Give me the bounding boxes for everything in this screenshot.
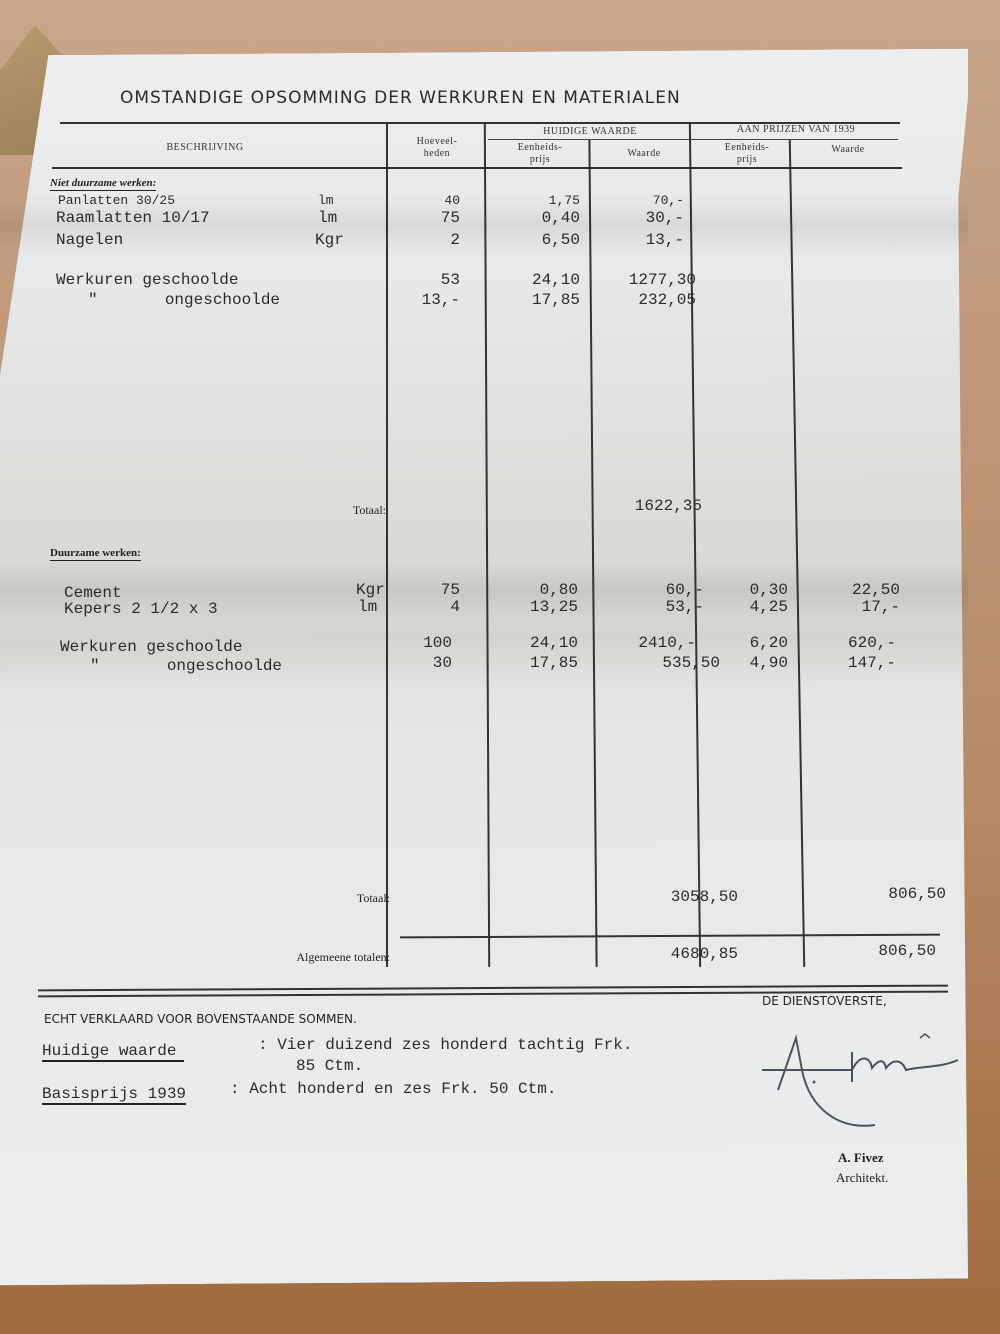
section-title-niet-duurzaam: Niet duurzame werken: bbox=[50, 177, 156, 191]
grand-total-1939: 806,50 bbox=[800, 942, 936, 960]
row-unit-price: 24,10 bbox=[490, 271, 580, 289]
row-price-1939: 4,90 bbox=[700, 654, 788, 672]
row-value: 30,- bbox=[596, 209, 684, 227]
header-waarde: Waarde bbox=[594, 148, 694, 160]
row-description: " ongeschoolde bbox=[90, 657, 282, 675]
signature-icon bbox=[760, 1030, 980, 1140]
page-title: OMSTANDIGE OPSOMMING DER WERKUREN EN MAT… bbox=[120, 88, 681, 108]
section-total-1939: 806,50 bbox=[800, 885, 946, 903]
row-qty: 100 bbox=[390, 634, 452, 652]
row-qty: 40 bbox=[390, 193, 460, 208]
row-unit-price: 1,75 bbox=[490, 193, 580, 208]
row-unit-price: 17,85 bbox=[490, 654, 578, 672]
certification-statement: ECHT VERKLAARD VOOR BOVENSTAANDE SOMMEN. bbox=[44, 1012, 357, 1026]
header-eenheidsprijs: Eenheids- prijs bbox=[490, 142, 590, 166]
signer-role: Architekt. bbox=[836, 1170, 888, 1186]
row-unit-price: 17,85 bbox=[490, 291, 580, 309]
row-value-1939: 22,50 bbox=[800, 581, 900, 599]
row-unit-price: 24,10 bbox=[490, 634, 578, 652]
current-value-text-cont: 85 Ctm. bbox=[296, 1057, 363, 1075]
header-eenheidsprijs-1939: Eenheids- prijs bbox=[698, 142, 796, 166]
row-unit: lm bbox=[318, 193, 334, 208]
header-waarde-1939: Waarde bbox=[798, 144, 898, 156]
row-value: 2410,- bbox=[596, 634, 696, 652]
header-beschrijving: BESCHRIJVING bbox=[120, 142, 290, 154]
grand-total-label: Algemeene totalen: bbox=[220, 950, 390, 965]
current-value-label: Huidige waarde bbox=[42, 1042, 184, 1062]
row-description: Panlatten 30/25 bbox=[58, 193, 175, 208]
row-qty: 2 bbox=[390, 231, 460, 249]
row-description: Kepers 2 1/2 x 3 bbox=[64, 600, 218, 618]
row-qty: 53 bbox=[390, 271, 460, 289]
row-description: Raamlatten 10/17 bbox=[56, 209, 210, 227]
row-qty: 75 bbox=[390, 209, 460, 227]
header-aan-prijzen-1939: AAN PRIJZEN VAN 1939 bbox=[696, 124, 896, 136]
row-price-1939: 6,20 bbox=[700, 634, 788, 652]
row-value: 60,- bbox=[596, 581, 704, 599]
section-total-value: 1622,35 bbox=[596, 497, 702, 515]
row-value-1939: 620,- bbox=[800, 634, 896, 652]
row-description: Werkuren geschoolde bbox=[56, 271, 238, 289]
row-value: 13,- bbox=[596, 231, 684, 249]
row-unit-price: 13,25 bbox=[490, 598, 578, 616]
grand-total-value: 4680,85 bbox=[596, 945, 738, 963]
base-price-label: Basisprijs 1939 bbox=[42, 1085, 186, 1105]
row-unit-price: 0,40 bbox=[490, 209, 580, 227]
header-huidige-waarde: HUIDIGE WAARDE bbox=[490, 126, 690, 138]
row-value: 1277,30 bbox=[596, 271, 696, 289]
column-rule-qty bbox=[386, 124, 388, 967]
row-description: Werkuren geschoolde bbox=[60, 638, 242, 656]
row-unit: Kgr bbox=[356, 581, 385, 599]
base-price-text: : Acht honderd en zes Frk. 50 Ctm. bbox=[230, 1080, 556, 1098]
section-total-label: Totaal: bbox=[290, 891, 390, 906]
row-value: 232,05 bbox=[596, 291, 696, 309]
row-value-1939: 17,- bbox=[800, 598, 900, 616]
row-qty: 4 bbox=[390, 598, 460, 616]
row-value-1939: 147,- bbox=[800, 654, 896, 672]
row-description: " ongeschoolde bbox=[88, 291, 280, 309]
row-qty: 13,- bbox=[390, 291, 460, 309]
signatory-title: DE DIENSTOVERSTE, bbox=[762, 994, 887, 1008]
row-value: 70,- bbox=[596, 193, 684, 208]
current-value-text: : Vier duizend zes honderd tachtig Frk. bbox=[258, 1036, 632, 1054]
row-unit-price: 0,80 bbox=[490, 581, 578, 599]
row-description: Nagelen bbox=[56, 231, 123, 249]
header-group-rule bbox=[488, 139, 898, 140]
row-price-1939: 4,25 bbox=[700, 598, 788, 616]
section-title-duurzaam: Duurzame werken: bbox=[50, 547, 141, 561]
row-value: 53,- bbox=[596, 598, 704, 616]
row-unit: lm bbox=[318, 209, 337, 227]
row-unit: Kgr bbox=[315, 231, 344, 249]
row-price-1939: 0,30 bbox=[700, 581, 788, 599]
header-hoeveelheden: Hoeveel- heden bbox=[390, 136, 484, 160]
row-qty: 30 bbox=[390, 654, 452, 672]
header-bottom-rule bbox=[52, 167, 902, 169]
signer-name: A. Fivez bbox=[838, 1150, 883, 1166]
row-unit-price: 6,50 bbox=[490, 231, 580, 249]
row-unit: lm bbox=[358, 598, 377, 616]
section-total-label: Totaal: bbox=[290, 503, 386, 518]
row-qty: 75 bbox=[390, 581, 460, 599]
section-total-value: 3058,50 bbox=[596, 888, 738, 906]
